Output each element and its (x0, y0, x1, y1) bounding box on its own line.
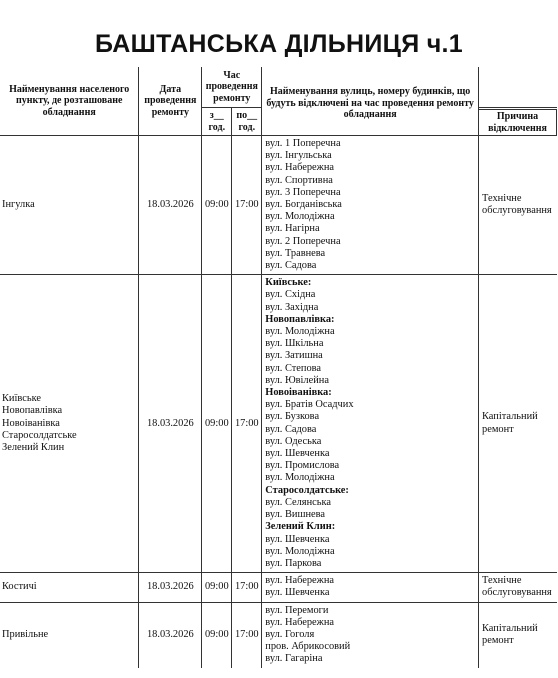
header-settlement: Найменування населеного пункту, де розта… (0, 67, 139, 136)
table-row: КиївськеНовопавлівкаНовоіванівкаСтаросол… (0, 275, 557, 573)
header-time-group: Час проведення ремонту (202, 67, 262, 108)
street-item: вул. Набережна (265, 617, 475, 629)
time-from-cell: 09:00 (202, 602, 232, 668)
street-item: вул. Степова (265, 363, 475, 375)
reason-cell: Технічне обслуговування (479, 136, 557, 275)
street-item: вул. Братів Осадчих (265, 399, 475, 411)
header-streets: Найменування вулиць, номеру будинків, що… (262, 67, 479, 136)
settlement-cell: Костичі (0, 573, 139, 602)
settlement-name: Київське (2, 393, 136, 405)
time-to-cell: 17:00 (232, 602, 262, 668)
street-item: вул. Затишна (265, 350, 475, 362)
settlement-cell: КиївськеНовопавлівкаНовоіванівкаСтаросол… (0, 275, 139, 573)
street-item: вул. Садова (265, 260, 475, 272)
date-cell: 18.03.2026 (139, 602, 202, 668)
street-item: вул. Бузкова (265, 411, 475, 423)
street-item: вул. Шевченка (265, 587, 475, 599)
settlement-name: Старосолдатське (2, 430, 136, 442)
header-date: Дата проведення ремонту (139, 67, 202, 136)
settlement-cell: Привільне (0, 602, 139, 668)
street-item: вул. Нагірна (265, 223, 475, 235)
street-item: вул. Шевченка (265, 534, 475, 546)
street-item: вул. Молодіжна (265, 326, 475, 338)
time-from-cell: 09:00 (202, 573, 232, 602)
time-to-cell: 17:00 (232, 275, 262, 573)
street-item: вул. Молодіжна (265, 546, 475, 558)
settlement-name: Інгулка (2, 199, 136, 211)
reason-cell: Капітальний ремонт (479, 602, 557, 668)
street-item: вул. Набережна (265, 162, 475, 174)
street-item: вул. 1 Поперечна (265, 138, 475, 150)
time-to-cell: 17:00 (232, 573, 262, 602)
settlement-group-label: Новопавлівка: (265, 314, 475, 326)
table-row: Привільне18.03.202609:0017:00вул. Перемо… (0, 602, 557, 668)
settlement-name: Новоіванівка (2, 418, 136, 430)
street-item: пров. Абрикосовий (265, 641, 475, 653)
streets-cell: вул. Набережнавул. Шевченка (262, 573, 479, 602)
settlement-name: Зелений Клин (2, 442, 136, 454)
streets-cell: вул. Перемогивул. Набережнавул. Гоголяпр… (262, 602, 479, 668)
settlement-name: Новопавлівка (2, 405, 136, 417)
settlement-group-label: Старосолдатське: (265, 485, 475, 497)
settlement-cell: Інгулка (0, 136, 139, 275)
street-item: вул. Спортивна (265, 175, 475, 187)
reason-cell: Технічне обслуговування (479, 573, 557, 602)
street-item: вул. Богданівська (265, 199, 475, 211)
time-from-cell: 09:00 (202, 136, 232, 275)
street-item: вул. Молодіжна (265, 211, 475, 223)
street-item: вул. Вишнева (265, 509, 475, 521)
page-title: БАШТАНСЬКА ДІЛЬНИЦЯ ч.1 (0, 30, 558, 59)
time-from-cell: 09:00 (202, 275, 232, 573)
street-item: вул. Гоголя (265, 629, 475, 641)
street-item: вул. Молодіжна (265, 472, 475, 484)
settlement-group-label: Київське: (265, 277, 475, 289)
street-item: вул. Східна (265, 289, 475, 301)
settlement-name: Костичі (2, 581, 136, 593)
street-item: вул. Селянська (265, 497, 475, 509)
reason-cell: Капітальний ремонт (479, 275, 557, 573)
street-item: вул. Інгульська (265, 150, 475, 162)
street-item: вул. Шевченка (265, 448, 475, 460)
street-item: вул. Перемоги (265, 605, 475, 617)
settlement-group-label: Новоіванівка: (265, 387, 475, 399)
street-item: вул. 3 Поперечна (265, 187, 475, 199)
street-item: вул. Шкільна (265, 338, 475, 350)
header-time-to: по__ год. (232, 108, 262, 136)
time-to-cell: 17:00 (232, 136, 262, 275)
street-item: вул. Набережна (265, 575, 475, 587)
street-item: вул. Садова (265, 424, 475, 436)
streets-cell: Київське:вул. Східнавул. ЗахіднаНовопавл… (262, 275, 479, 573)
street-item: вул. Гагаріна (265, 653, 475, 665)
street-item: вул. Травнева (265, 248, 475, 260)
settlement-group-label: Зелений Клин: (265, 521, 475, 533)
date-cell: 18.03.2026 (139, 275, 202, 573)
outage-schedule-table: Найменування населеного пункту, де розта… (0, 67, 557, 668)
street-item: вул. Паркова (265, 558, 475, 570)
streets-cell: вул. 1 Поперечнавул. Інгульськавул. Набе… (262, 136, 479, 275)
street-item: вул. Західна (265, 302, 475, 314)
street-item: вул. Промислова (265, 460, 475, 472)
header-blank (479, 67, 557, 108)
header-reason: Причина відключення (479, 110, 557, 136)
street-item: вул. Ювілейна (265, 375, 475, 387)
table-row: Костичі18.03.202609:0017:00вул. Набережн… (0, 573, 557, 602)
settlement-name: Привільне (2, 629, 136, 641)
street-item: вул. 2 Поперечна (265, 236, 475, 248)
date-cell: 18.03.2026 (139, 136, 202, 275)
header-time-from: з__ год. (202, 108, 232, 136)
table-row: Інгулка18.03.202609:0017:00вул. 1 Попере… (0, 136, 557, 275)
street-item: вул. Одеська (265, 436, 475, 448)
date-cell: 18.03.2026 (139, 573, 202, 602)
